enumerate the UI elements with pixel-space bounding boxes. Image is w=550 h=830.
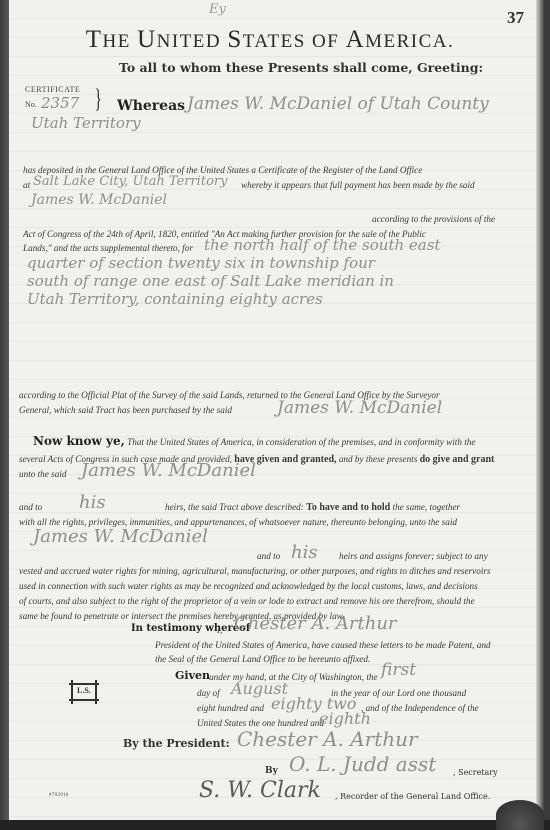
para5-line3: used in connection with such water right…	[19, 579, 478, 593]
land-description-1: the north half of the south east	[204, 236, 440, 254]
purchaser-name: James W. McDaniel	[277, 398, 442, 418]
para1-line3: according to the provisions of the	[372, 212, 495, 226]
grantee-name-3: James W. McDaniel	[33, 526, 208, 547]
certificate-number: 2357	[41, 94, 79, 112]
grantee-line-1: James W. McDaniel of Utah County	[187, 94, 489, 114]
page-right-edge	[536, 0, 550, 830]
para1-line2-tail: whereby it appears that full payment has…	[241, 178, 475, 192]
given-line3-b: , and of the Independence of the	[361, 701, 479, 715]
seal-box: L.S.	[69, 683, 99, 701]
page-number: 37	[507, 8, 524, 28]
secretary-signature: O. L. Judd asst	[289, 752, 436, 776]
recorder-signature: S. W. Clark	[199, 778, 321, 803]
now-know-ye-heading: Now know ye,	[33, 434, 125, 448]
footer-code: #793916	[49, 793, 69, 798]
whereas-heading: Whereas	[117, 98, 185, 114]
para5-line1: heirs and assigns forever; subject to an…	[339, 549, 488, 563]
para5-line4: of courts, and also subject to the right…	[19, 594, 475, 608]
page-bottom-edge	[0, 820, 550, 830]
recorder-title: , Recorder of the General Land Office.	[335, 792, 490, 801]
land-office-location: Salt Lake City, Utah Territory	[33, 174, 227, 189]
grantee-line-2: Utah Territory	[31, 114, 141, 132]
thumb	[496, 800, 544, 830]
para3-line1: Now know ye, That the United States of A…	[33, 434, 475, 449]
secretary-title: , Secretary	[453, 768, 498, 777]
by-president-label: By the President:	[123, 737, 230, 750]
and-to-2: and to	[257, 549, 280, 563]
land-description-2: quarter of section twenty six in townshi…	[27, 254, 375, 272]
patent-page: 37 Ey THE UNITED STATES OF AMERICA. To a…	[9, 0, 536, 820]
certificate-no-label: No.	[25, 100, 37, 109]
para1-line5: Lands," and the acts supplemental theret…	[23, 241, 193, 255]
seal-label: L.S.	[77, 686, 91, 695]
para2-line2: General, which said Tract has been purch…	[19, 403, 232, 417]
pencil-mark: Ey	[209, 2, 226, 17]
testimony-label: In testimony whereof	[131, 623, 250, 634]
certificate-label: CERTIFICATE	[25, 85, 80, 94]
payer-name: James W. McDaniel	[31, 192, 167, 208]
given-day: first	[381, 660, 416, 680]
para5-line2: vested and accrued water rights for mini…	[19, 564, 491, 578]
and-to-1: and to	[19, 500, 42, 514]
para4-line1: heirs, the said Tract above described: T…	[165, 500, 460, 515]
para6-line1: President of the United States of Americ…	[155, 638, 491, 652]
president-signature-2: Chester A. Arthur	[237, 727, 418, 751]
book-spine	[0, 0, 9, 830]
para3-line3: unto the said	[19, 467, 66, 481]
pronoun-1: his	[79, 492, 106, 513]
land-description-3: south of range one east of Salt Lake mer…	[27, 272, 394, 290]
testimony-i: I,	[217, 623, 222, 637]
given-independence: eighth	[319, 709, 371, 728]
president-signature-1: Chester A. Arthur	[234, 613, 397, 634]
greeting: To all to whom these Presents shall come…	[119, 60, 483, 75]
given-line3-a: eight hundred and	[197, 701, 264, 715]
given-line2-a: day of	[197, 686, 220, 700]
land-description-4: Utah Territory, containing eighty acres	[27, 290, 323, 308]
pronoun-2: his	[291, 542, 318, 563]
brace-icon: }	[94, 84, 101, 114]
given-label: Given	[175, 669, 210, 682]
grantee-name-2: James W. McDaniel	[81, 460, 256, 481]
by-label: By	[265, 766, 278, 776]
para6-line2: the Seal of the General Land Office to b…	[155, 652, 370, 666]
para1-at: at	[23, 178, 30, 192]
document-title: THE UNITED STATES OF AMERICA.	[65, 26, 475, 54]
